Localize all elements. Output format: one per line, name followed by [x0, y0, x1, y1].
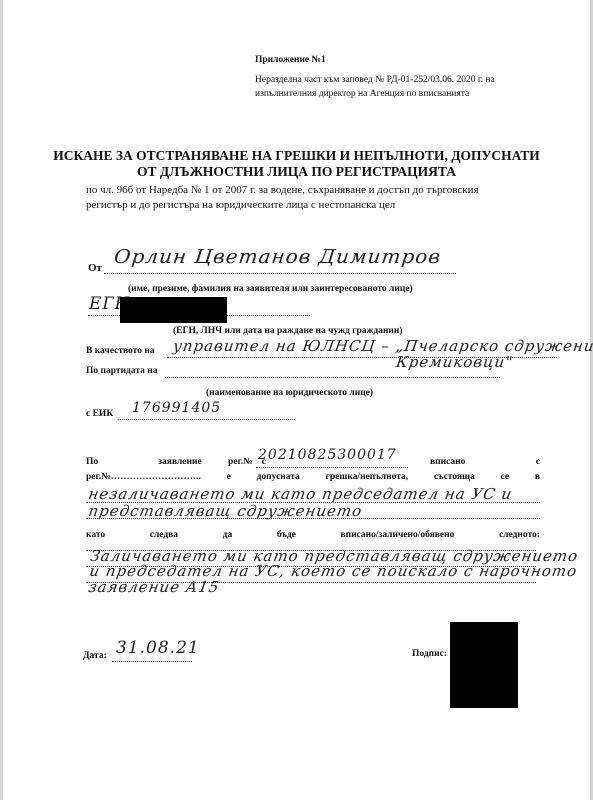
from-line: [104, 273, 456, 274]
party-hint: (наименование на юридическото лице): [206, 388, 373, 398]
error-text-1[interactable]: незаличаването ми като председател на УС…: [87, 485, 514, 503]
date-line: [112, 661, 192, 662]
word-se: се: [501, 472, 510, 482]
order-line-1: Неразделна част към заповед № РД-01-252/…: [255, 75, 495, 85]
party-label: По партидата на: [86, 366, 157, 376]
capacity-value[interactable]: управител на ЮЛНСЦ – „Пчеларско сдружени…: [172, 337, 593, 355]
word-e: е: [227, 472, 231, 482]
signature-label: Подпис:: [412, 649, 447, 659]
page-edge-left: [0, 0, 3, 800]
from-value[interactable]: Орлин Цветанов Димитров: [113, 246, 442, 268]
follow-line: като следва да бъде вписано/заличено/обя…: [86, 530, 540, 540]
from-hint: (име, презиме, фамилия на заявителя или …: [128, 284, 413, 294]
legal-basis-line1: по чл. 96б от Наредба № 1 от 2007 г. за …: [86, 184, 479, 196]
word-as: като: [86, 530, 105, 540]
order-line-2: изпълнителния директор на Агенция по впи…: [255, 89, 469, 99]
legal-basis-line2: регистър и до регистъра на юридическите …: [86, 199, 395, 211]
app-regno-value[interactable]: 20210825300017: [258, 447, 397, 463]
word-following: следното:: [499, 530, 540, 540]
correct-text-3[interactable]: заявление А15: [87, 578, 221, 596]
app-word-application: заявление: [158, 457, 201, 467]
word-error: грешка/непълнота,: [326, 472, 409, 482]
error-description-line: рег.№……………………….. е допусната грешка/непъ…: [86, 472, 540, 482]
word-to: да: [223, 530, 233, 540]
egn-redaction: [120, 297, 227, 323]
from-label: От: [88, 262, 102, 274]
document-title-line1: ИСКАНЕ ЗА ОТСТРАНЯВАНЕ НА ГРЕШКИ И НЕПЪЛ…: [0, 148, 593, 164]
word-follows: следва: [150, 530, 178, 540]
error-regno: рег.№………………………..: [86, 472, 201, 482]
date-value[interactable]: 31.08.21: [116, 638, 200, 658]
word-consisting: състояща: [434, 472, 475, 482]
app-word-with-2: с: [536, 457, 540, 467]
word-in: в: [535, 472, 540, 482]
signature-redaction: [450, 622, 518, 708]
eik-label: с ЕИК: [86, 409, 113, 419]
word-be: бъде: [277, 530, 296, 540]
word-admitted: допусната: [257, 472, 300, 482]
app-regno-line: [256, 467, 408, 468]
app-word-entered: вписано: [430, 457, 465, 467]
error-text-2[interactable]: представляващ сдружението: [87, 502, 364, 520]
application-line-end: вписано с: [430, 457, 540, 467]
party-value[interactable]: Кремиковци": [395, 353, 514, 371]
egn-hint: (ЕГН, ЛНЧ или дата на раждане на чужд гр…: [173, 326, 403, 336]
date-label: Дата:: [83, 651, 107, 661]
document-title-line2: ОТ ДЛЪЖНОСТНИ ЛИЦА ПО РЕГИСТРАЦИЯТА: [0, 164, 593, 180]
party-line: [165, 377, 500, 378]
capacity-label: В качеството на: [86, 346, 155, 356]
app-regno-label: рег.№: [228, 457, 253, 467]
app-word-po: По: [86, 457, 98, 467]
annex-label: Приложение №1: [255, 55, 326, 65]
eik-value[interactable]: 176991405: [132, 400, 221, 416]
eik-line: [118, 419, 295, 420]
word-entered-deleted: вписано/заличено/обявено: [340, 530, 454, 540]
